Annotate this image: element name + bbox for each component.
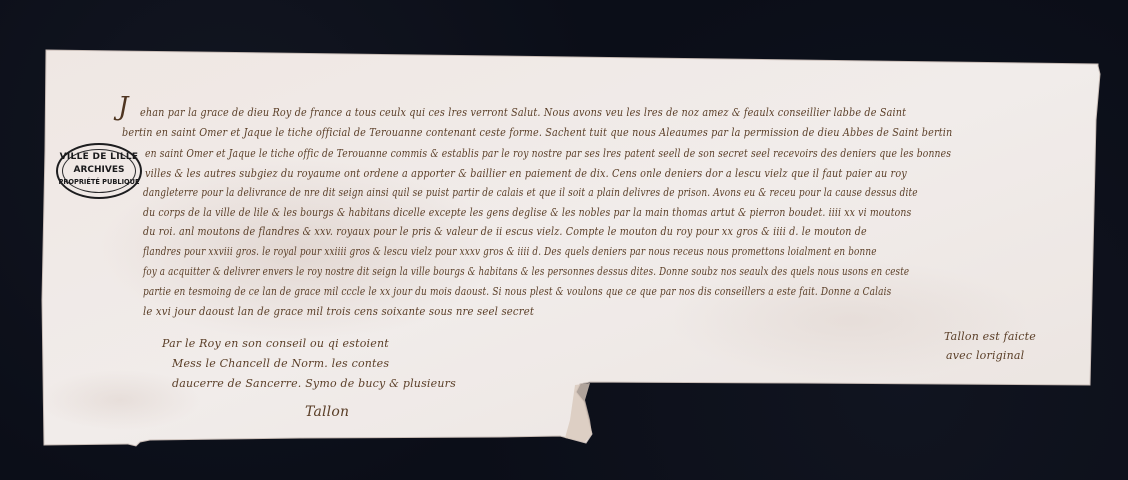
subscription-line-1: Par le Roy en son conseil ou qi estoient (162, 337, 389, 350)
body-line-3: en saint Omer et Jaque le tiche offic de… (145, 147, 951, 160)
body-line-10: partie en tesmoing de ce lan de grace mi… (143, 285, 891, 298)
collation-line-1: Tallon est faicte (944, 330, 1036, 343)
body-line-8: flandres pour xxviii gros. le royal pour… (143, 245, 877, 258)
collation-line-2: avec loriginal (946, 349, 1024, 362)
archives-stamp: VILLE DE LILLE ARCHIVES PROPRIÉTÉ PUBLIQ… (56, 143, 142, 199)
subscription-line-3: daucerre de Sancerre. Symo de bucy & plu… (172, 377, 456, 390)
body-line-4: villes & les autres subgiez du royaume o… (145, 167, 907, 180)
parchment-sheet (0, 0, 1128, 480)
body-line-2: bertin en saint Omer et Jaque le tiche o… (122, 126, 952, 139)
body-line-1: ehan par la grace de dieu Roy de france … (140, 106, 906, 119)
decorated-initial: J (118, 92, 128, 122)
body-line-6: du corps de la ville de lile & les bourg… (143, 206, 911, 219)
subscription-line-2: Mess le Chancell de Norm. les contes (172, 357, 389, 370)
stamp-archives-text: ARCHIVES (58, 165, 140, 175)
body-line-9: foy a acquitter & delivrer envers le roy… (143, 265, 909, 278)
body-line-11: le xvi jour daoust lan de grace mil troi… (143, 305, 534, 318)
body-line-7: du roi. anl moutons de flandres & xxv. r… (143, 225, 867, 238)
stamp-property-text: PROPRIÉTÉ PUBLIQUE (58, 178, 140, 186)
stamp-city-text: VILLE DE LILLE (58, 152, 140, 162)
body-line-5: dangleterre pour la delivrance de nre di… (143, 186, 918, 199)
tallon-signature: Tallon (305, 404, 349, 420)
